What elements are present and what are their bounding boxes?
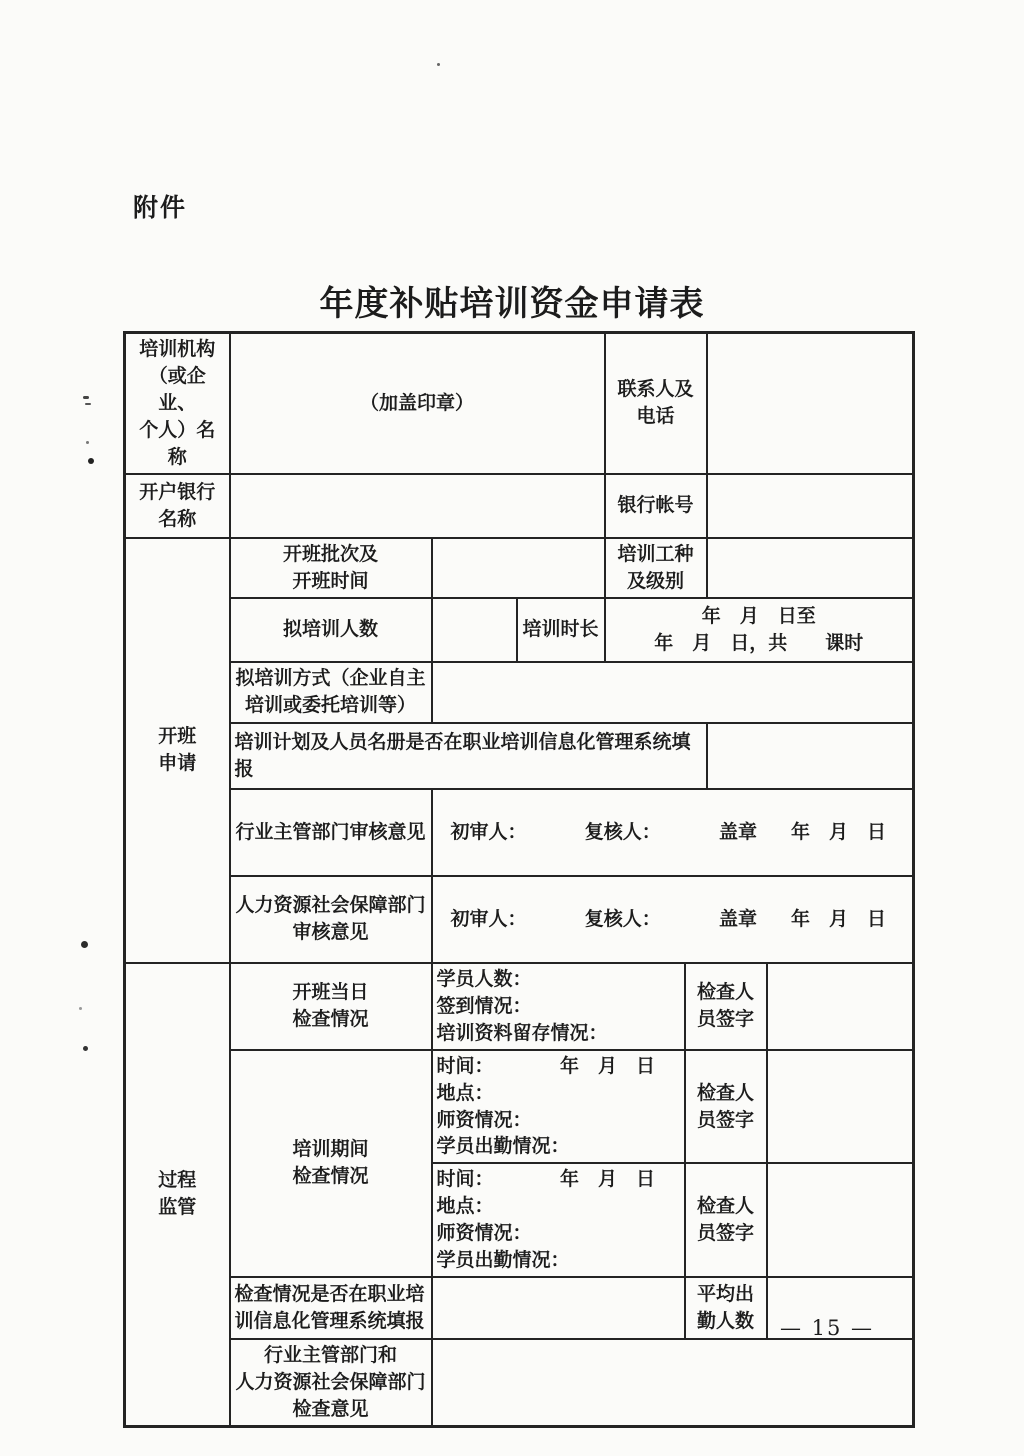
table-row: 过程 监管 开班当日 检查情况 学员人数： 签到情况： 培训资料留存情况： 检查… — [125, 963, 914, 1050]
scan-speck — [85, 403, 91, 405]
table-row: 开班 申请 开班批次及 开班时间 培训工种 及级别 — [125, 538, 914, 598]
duration-label: 培训时长 — [517, 598, 605, 662]
contact-label: 联系人及 电话 — [605, 333, 707, 474]
scan-speck — [86, 441, 89, 444]
org-name-value-cell: （加盖印章） — [230, 333, 605, 474]
first-reviewer-label: 初审人： — [451, 906, 527, 933]
inspector-sign-label: 检查人 员签字 — [685, 1163, 767, 1277]
worktype-label: 培训工种 及级别 — [605, 538, 707, 598]
duration-value-cell: 年 月 日至 年 月 日，共 课时 — [605, 598, 914, 662]
contact-value-cell — [707, 333, 914, 474]
final-opinion-label: 行业主管部门和 人力资源社会保障部门 检查意见 — [230, 1339, 432, 1426]
attendance-label: 平均出 勤人数 — [685, 1277, 767, 1339]
org-name-label: 培训机构 （或企业、 个人）名称 — [125, 333, 230, 474]
table-row: 行业主管部门审核意见 初审人： 复核人： 盖章 年 月 日 — [125, 789, 914, 876]
inspector-sign-cell — [767, 1163, 914, 1277]
bank-account-label: 银行帐号 — [605, 474, 707, 538]
period-check-items: 时间： 年 月 日 地点： 师资情况： 学员出勤情况： — [432, 1163, 685, 1277]
seal-date-group: 盖章 年 月 日 — [719, 906, 886, 933]
industry-review-cell: 初审人： 复核人： 盖章 年 月 日 — [432, 789, 914, 876]
table-row: 拟培训人数 培训时长 年 月 日至 年 月 日，共 课时 — [125, 598, 914, 662]
hr-review-line: 初审人： 复核人： 盖章 年 月 日 — [437, 906, 909, 933]
plan-report-value-cell — [707, 723, 914, 789]
table-row: 培训计划及人员名册是否在职业培训信息化管理系统填报 — [125, 723, 914, 789]
industry-review-line: 初审人： 复核人： 盖章 年 月 日 — [437, 819, 909, 846]
check-report-label: 检查情况是否在职业培 训信息化管理系统填报 — [230, 1277, 432, 1339]
inspector-sign-label: 检查人 员签字 — [685, 963, 767, 1050]
seal-label: 盖章 — [719, 819, 757, 846]
hr-review-label: 人力资源社会保障部门 审核意见 — [230, 876, 432, 963]
table-row: 行业主管部门和 人力资源社会保障部门 检查意见 — [125, 1339, 914, 1426]
period-check-items: 时间： 年 月 日 地点： 师资情况： 学员出勤情况： — [432, 1050, 685, 1164]
method-value-cell — [432, 662, 914, 723]
day1-check-items: 学员人数： 签到情况： 培训资料留存情况： — [432, 963, 685, 1050]
scan-speck — [88, 458, 94, 464]
table-row: 培训期间 检查情况 时间： 年 月 日 地点： 师资情况： 学员出勤情况： 检查… — [125, 1050, 914, 1164]
application-form-table: 培训机构 （或企业、 个人）名称 （加盖印章） 联系人及 电话 开户银行 名称 … — [123, 331, 915, 1428]
seal-label: 盖章 — [719, 906, 757, 933]
supervision-section-header: 过程 监管 — [125, 963, 230, 1427]
period-check-label: 培训期间 检查情况 — [230, 1050, 432, 1278]
table-row: 拟培训方式（企业自主 培训或委托培训等） — [125, 662, 914, 723]
apply-section-header: 开班 申请 — [125, 538, 230, 963]
bank-name-label: 开户银行 名称 — [125, 474, 230, 538]
document-page: 附件 年度补贴培训资金申请表 培训机构 （或企业、 个人）名称 （加盖印章） 联… — [0, 0, 1024, 1456]
worktype-value-cell — [707, 538, 914, 598]
trainee-count-value-cell — [432, 598, 517, 662]
method-label: 拟培训方式（企业自主 培训或委托培训等） — [230, 662, 432, 723]
inspector-sign-label: 检查人 员签字 — [685, 1050, 767, 1164]
scan-speck — [83, 396, 89, 399]
scan-speck — [79, 1007, 82, 1010]
date-blank-label: 年 月 日 — [791, 819, 886, 846]
scan-speck — [83, 1046, 88, 1051]
bank-account-value-cell — [707, 474, 914, 538]
table-row: 开户银行 名称 银行帐号 — [125, 474, 914, 538]
inspector-sign-cell — [767, 963, 914, 1050]
bank-name-value-cell — [230, 474, 605, 538]
inspector-sign-cell — [767, 1050, 914, 1164]
scan-speck — [81, 941, 88, 948]
date-blank-label: 年 月 日 — [791, 906, 886, 933]
batch-label: 开班批次及 开班时间 — [230, 538, 432, 598]
first-reviewer-label: 初审人： — [451, 819, 527, 846]
industry-review-label: 行业主管部门审核意见 — [230, 789, 432, 876]
table-row: 人力资源社会保障部门 审核意见 初审人： 复核人： 盖章 年 月 日 — [125, 876, 914, 963]
second-reviewer-label: 复核人： — [585, 819, 661, 846]
plan-report-label: 培训计划及人员名册是否在职业培训信息化管理系统填报 — [230, 723, 707, 789]
seal-date-group: 盖章 年 月 日 — [719, 819, 886, 846]
page-number: — 15 — — [762, 1316, 892, 1340]
batch-value-cell — [432, 538, 605, 598]
second-reviewer-label: 复核人： — [585, 906, 661, 933]
form-title: 年度补贴培训资金申请表 — [0, 276, 1024, 325]
table-row: 培训机构 （或企业、 个人）名称 （加盖印章） 联系人及 电话 — [125, 333, 914, 474]
hr-review-cell: 初审人： 复核人： 盖章 年 月 日 — [432, 876, 914, 963]
final-opinion-cell — [432, 1339, 914, 1426]
trainee-count-label: 拟培训人数 — [230, 598, 432, 662]
day1-check-label: 开班当日 检查情况 — [230, 963, 432, 1050]
check-report-value-cell — [432, 1277, 685, 1339]
attachment-label: 附件 — [133, 188, 187, 224]
scan-speck — [437, 63, 440, 66]
